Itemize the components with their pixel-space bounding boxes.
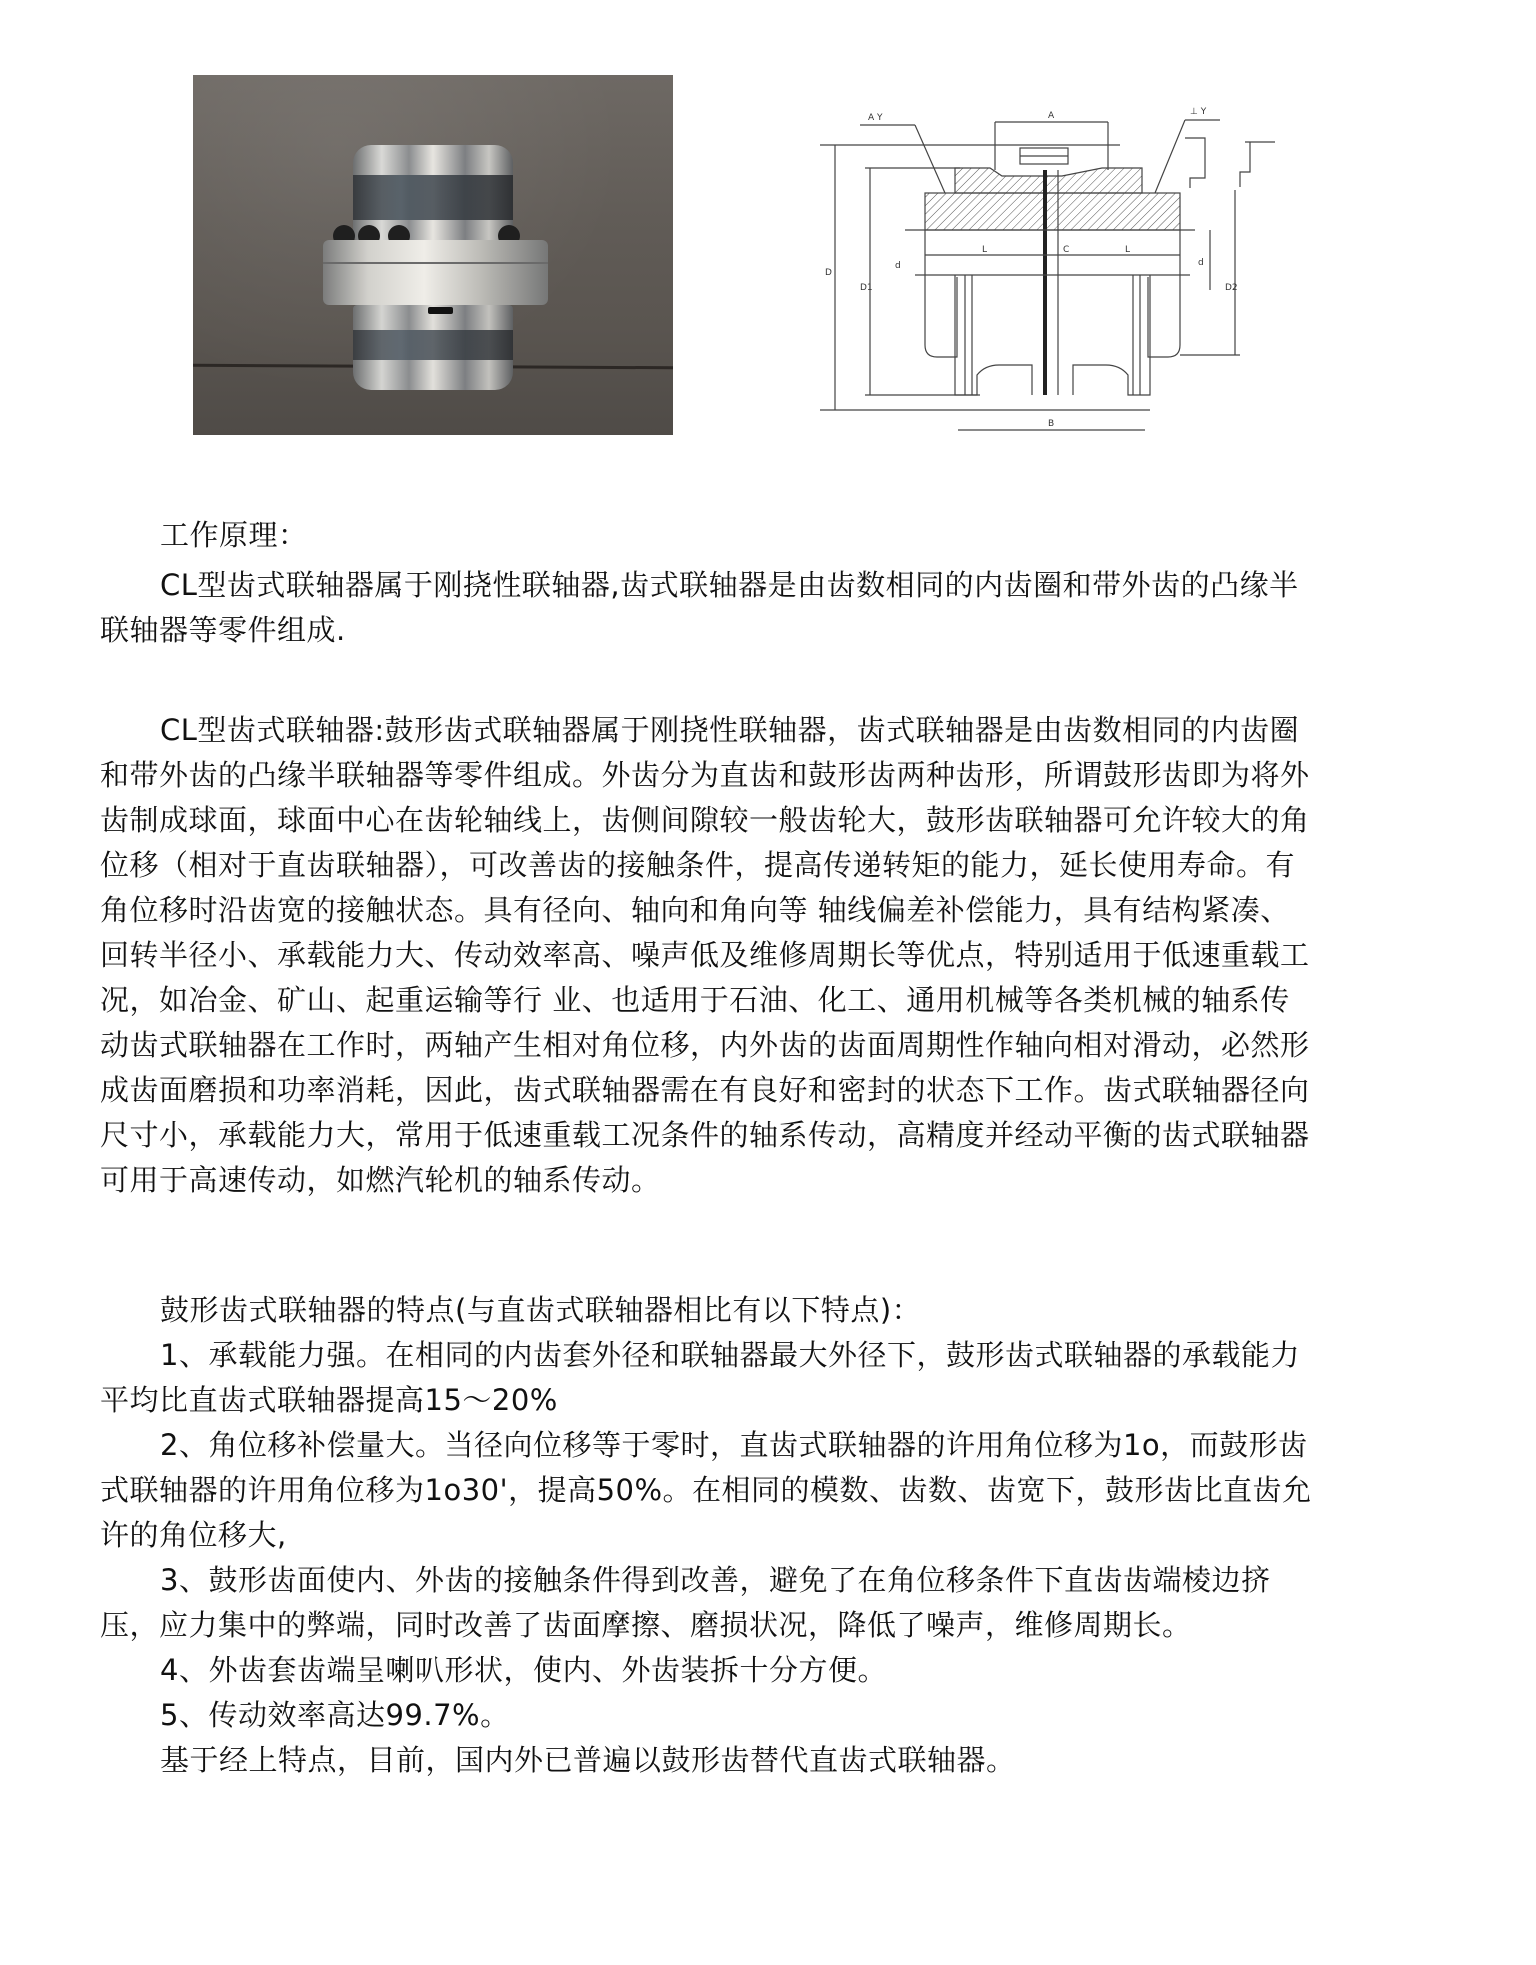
paragraph-line: 位移（相对于直齿联轴器），可改善齿的接触条件，提高传递转矩的能力，延长使用寿命。…: [100, 843, 1295, 888]
paragraph-line: 齿制成球面，球面中心在齿轮轴线上，齿侧间隙较一般齿轮大，鼓形齿联轴器可允许较大的…: [100, 798, 1310, 843]
coupling-photo: [193, 75, 673, 435]
dim-label-d: D: [825, 268, 832, 278]
paragraph-line: 尺寸小，承载能力大，常用于低速重载工况条件的轴系传动，高精度并经动平衡的齿式联轴…: [100, 1113, 1310, 1158]
dim-label-l-right: L: [1125, 245, 1130, 255]
dim-label-l-left: L: [982, 245, 987, 255]
section-heading-features: 鼓形齿式联轴器的特点(与直齿式联轴器相比有以下特点)：: [160, 1288, 921, 1333]
feature-item-line: 式联轴器的许用角位移为1o30'，提高50%。在相同的模数、齿数、齿宽下，鼓形齿…: [100, 1468, 1312, 1513]
dim-label-c: C: [1063, 245, 1069, 255]
dim-label-d2: D2: [1225, 283, 1238, 293]
paragraph-line: CL型齿式联轴器属于刚挠性联轴器,齿式联轴器是由齿数相同的内齿圈和带外齿的凸缘半: [160, 563, 1299, 608]
paragraph-line: 回转半径小、承载能力大、传动效率高、噪声低及维修周期长等优点，特别适用于低速重载…: [100, 933, 1310, 978]
paragraph-line: CL型齿式联轴器:鼓形齿式联轴器属于刚挠性联轴器，齿式联轴器是由齿数相同的内齿圈: [160, 708, 1299, 753]
tolerance-label-left: A Y: [868, 113, 883, 123]
coupling-technical-drawing: A Y ⊥ Y A D D1 D2 d d L L C B: [820, 90, 1280, 450]
dim-label-d1: D1: [860, 283, 873, 293]
feature-item-line: 2、角位移补偿量大。当径向位移等于零时，直齿式联轴器的许用角位移为1o，而鼓形齿: [160, 1423, 1308, 1468]
paragraph-line: 和带外齿的凸缘半联轴器等零件组成。外齿分为直齿和鼓形齿两种齿形，所谓鼓形齿即为将…: [100, 753, 1310, 798]
dim-label-bore-right: d: [1198, 258, 1204, 268]
keyway: [428, 307, 453, 314]
coupling-hub-bottom: [353, 305, 513, 390]
feature-item-line: 4、外齿套齿端呈喇叭形状，使内、外齿装拆十分方便。: [160, 1648, 887, 1693]
paragraph-line: 角位移时沿齿宽的接触状态。具有径向、轴向和角向等 轴线偏差补偿能力，具有结构紧凑…: [100, 888, 1290, 933]
section-heading-principle: 工作原理：: [160, 513, 308, 558]
conclusion-line: 基于经上特点，目前，国内外已普遍以鼓形齿替代直齿式联轴器。: [160, 1738, 1016, 1783]
paragraph-line: 成齿面磨损和功率消耗，因此，齿式联轴器需在有良好和密封的状态下工作。齿式联轴器径…: [100, 1068, 1310, 1113]
feature-item-line: 压，应力集中的弊端，同时改善了齿面摩擦、磨损状况，降低了噪声，维修周期长。: [100, 1603, 1192, 1648]
paragraph-line: 况，如冶金、矿山、起重运输等行 业、也适用于石油、化工、通用机械等各类机械的轴系…: [100, 978, 1290, 1023]
dim-label-a: A: [1048, 111, 1055, 121]
feature-item-line: 1、承载能力强。在相同的内齿套外径和联轴器最大外径下，鼓形齿式联轴器的承载能力: [160, 1333, 1300, 1378]
coupling-hub-top: [353, 145, 513, 240]
tolerance-label-right: ⊥ Y: [1190, 107, 1207, 117]
feature-item-line: 3、鼓形齿面使内、外齿的接触条件得到改善，避免了在角位移条件下直齿齿端棱边挤: [160, 1558, 1270, 1603]
feature-item-line: 许的角位移大,: [100, 1513, 287, 1558]
paragraph-line: 联轴器等零件组成.: [100, 608, 346, 653]
dim-label-b: B: [1048, 419, 1054, 429]
paragraph-line: 可用于高速传动，如燃汽轮机的轴系传动。: [100, 1158, 661, 1203]
paragraph-line: 动齿式联轴器在工作时，两轴产生相对角位移，内外齿的齿面周期性作轴向相对滑动，必然…: [100, 1023, 1310, 1068]
coupling-flange: [323, 240, 548, 305]
feature-item-line: 5、传动效率高达99.7%。: [160, 1693, 510, 1738]
dim-label-bore-left: d: [895, 261, 901, 271]
feature-item-line: 平均比直齿式联轴器提高15～20%: [100, 1378, 558, 1423]
